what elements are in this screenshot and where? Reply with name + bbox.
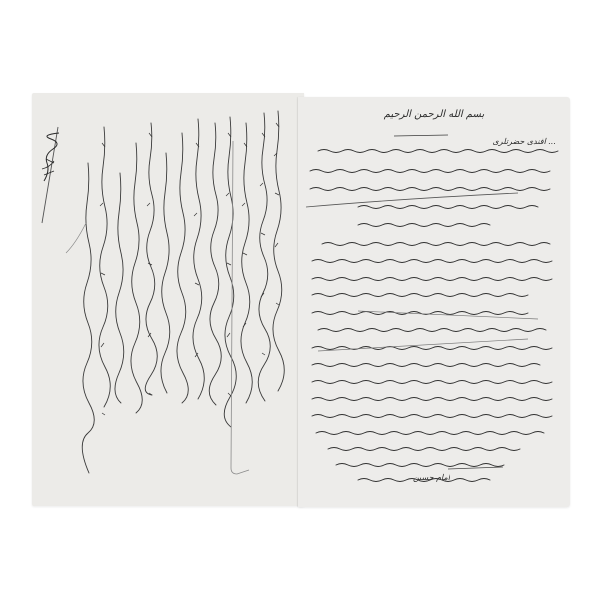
pencil-margin-line bbox=[231, 141, 249, 474]
left-page-handwriting bbox=[32, 93, 304, 506]
right-page: بسم الله الرحمن الرحيم bbox=[298, 97, 570, 507]
left-page bbox=[32, 93, 304, 506]
closing-line-fragment: امام حسین bbox=[413, 473, 450, 482]
salutation-line: ... افندی حضرتلری bbox=[493, 137, 556, 146]
signature bbox=[40, 129, 62, 185]
right-page-handwriting bbox=[298, 97, 570, 507]
